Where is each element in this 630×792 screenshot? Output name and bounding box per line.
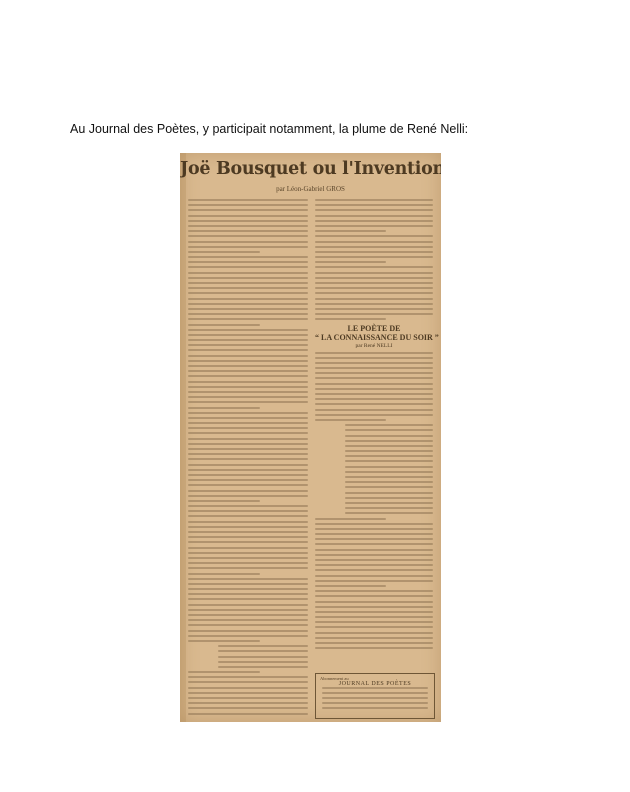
section-title-line1: LE POÈTE DE — [315, 324, 433, 333]
right-column-text-bottom — [315, 352, 433, 650]
subscription-box: Abonnement au JOURNAL DES POÈTES — [315, 673, 435, 719]
section-title-line2: “ LA CONNAISSANCE DU SOIR ” — [315, 333, 433, 342]
article-byline: par Léon-Gabriel GROS — [180, 185, 441, 193]
intro-text: Au Journal des Poètes, y participait not… — [70, 122, 468, 136]
left-column — [188, 199, 308, 718]
right-column-text-top — [315, 199, 433, 320]
newspaper-clipping: Joë Bousquet ou l'Invention du Réel par … — [180, 153, 441, 722]
section-byline: par René NELLI — [315, 343, 433, 349]
left-column-text — [188, 199, 308, 715]
right-column: LE POÈTE DE “ LA CONNAISSANCE DU SOIR ” … — [315, 199, 433, 652]
article-headline: Joë Bousquet ou l'Invention du Réel — [180, 159, 441, 179]
